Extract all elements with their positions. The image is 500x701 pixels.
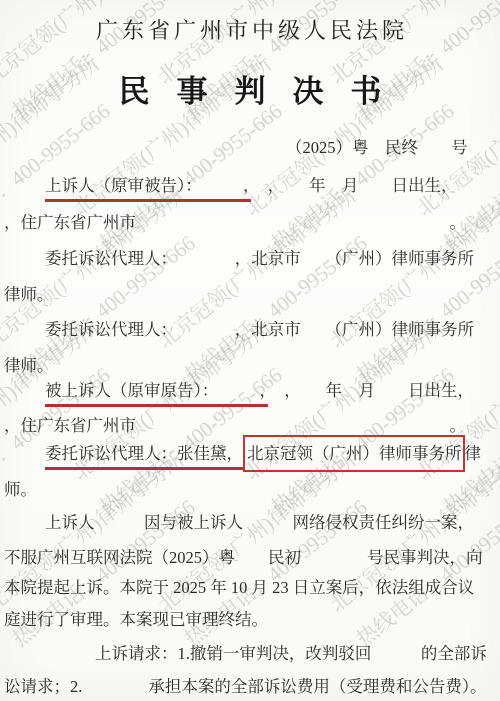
appellee-birth-text: ， 年 月 日出生， xyxy=(268,381,474,400)
case-intro-line1: 上诉人 因与被上诉人 网络侵权责任纠纷一案， xyxy=(4,513,500,533)
appellant-label-underlined: 上诉人（原审被告）： ， xyxy=(45,176,251,202)
document-title: 民事判决书 xyxy=(0,66,500,111)
court-name: 广东省广州市中级人民法院 xyxy=(0,14,500,45)
appeal-request-line1: 上诉请求：1.撤销一审判决，改判驳回 的全部诉 xyxy=(4,644,500,664)
agent2-line2: 律师。 xyxy=(4,356,500,376)
appellee-line: 被上诉人（原审原告）： ， ， 年 月 日出生， xyxy=(4,381,500,401)
appellant-line: 上诉人（原审被告）： ， ， 年 月 日出生， xyxy=(4,176,500,196)
document-content: 广东省广州市中级人民法院 民事判决书 （2025）粤 民终 号 上诉人（原审被告… xyxy=(0,0,500,701)
agent3-line2: 师。 xyxy=(4,480,500,500)
agent1-line2: 律师。 xyxy=(4,285,500,305)
agent3-lawfirm-boxed: 北京冠领（广州）律师事务所 xyxy=(243,435,465,472)
agent3-line1: 委托诉讼代理人：张佳黛，北京冠领（广州）律师事务所律 xyxy=(4,444,500,464)
case-intro-line2: 不服广州互联网法院（2025）粤 民初 号民事判决，向 xyxy=(4,548,500,568)
agent3-rest: 律 xyxy=(465,444,482,463)
case-number: （2025）粤 民终 号 xyxy=(4,138,500,158)
appellee-label-underlined: 被上诉人（原审原告）： ， xyxy=(45,381,268,407)
appellant-birth-text: ， 年 月 日出生， xyxy=(251,176,457,195)
agent2-line1: 委托诉讼代理人： ，北京市 （广州）律师事务所 xyxy=(4,320,500,340)
appellee-address-line: ，住广东省广州市 。 xyxy=(4,416,500,436)
appeal-request-line2: 讼请求；2. 承担本案的全部诉讼费用（受理费和公告费）。 xyxy=(4,677,500,697)
appellant-address-line: ，住广东省广州市 。 xyxy=(4,213,500,233)
judgment-document-page: 北京冠领(广州)律师事务所热线电话：400-9955-666北京冠领(广州)律师… xyxy=(0,0,500,701)
agent1-line1: 委托诉讼代理人： ，北京市 （广州）律师事务所 xyxy=(4,249,500,269)
case-intro-line4: 庭进行了审理。本案现已审理终结。 xyxy=(4,610,500,630)
case-intro-line3: 本院提起上诉。本院于 2025 年 10 月 23 日立案后，依法组成合议 xyxy=(4,578,500,598)
agent3-label-underlined: 委托诉讼代理人：张佳黛， xyxy=(45,444,243,470)
